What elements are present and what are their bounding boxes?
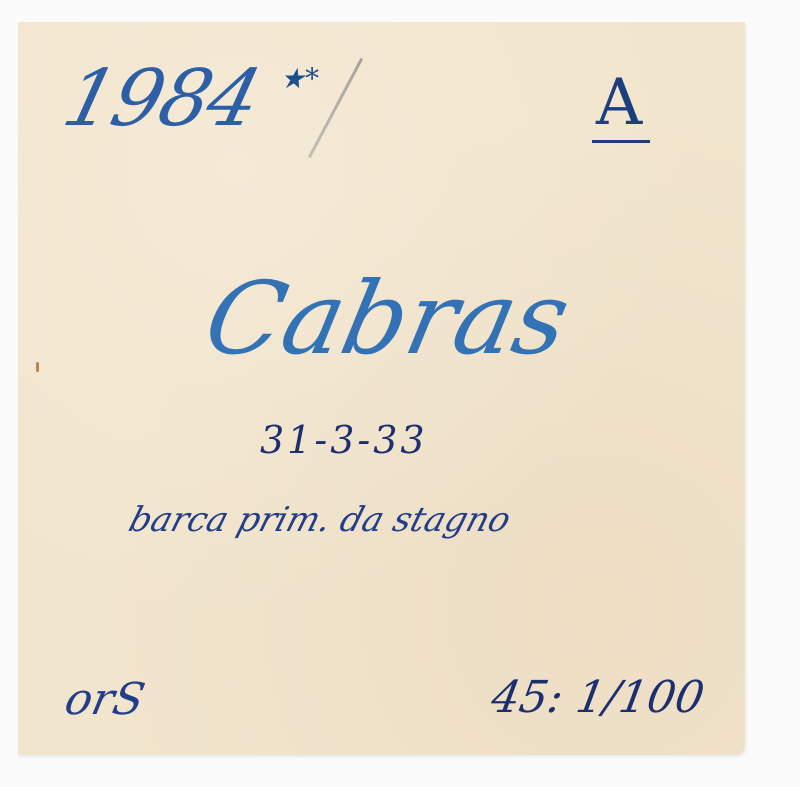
catalog-year: 1984 <box>55 54 268 144</box>
ratio-note: 45: 1/100 <box>488 672 709 723</box>
card-edge-mark <box>36 362 39 372</box>
category-letter: A <box>596 66 642 140</box>
place-title: Cabras <box>196 260 580 377</box>
copyright-watermark: copyright <box>354 390 425 408</box>
description-text: barca prim. da stagno <box>124 500 515 540</box>
date-text: 31-3-33 <box>260 418 428 462</box>
initials: orS <box>61 674 150 725</box>
archive-card: 1984 ★* A Cabras copyright 31-3-33 barca… <box>18 22 745 755</box>
letter-underline <box>592 140 650 143</box>
star-marks: ★* <box>280 62 319 95</box>
